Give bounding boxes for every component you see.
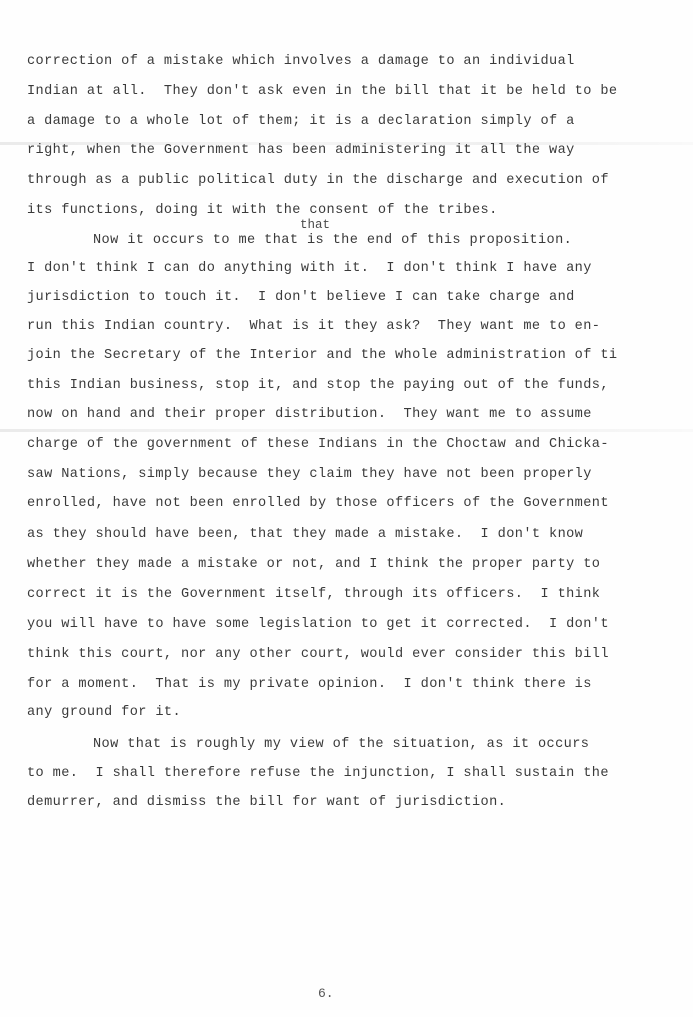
text-line: its functions, doing it with the consent… [27,203,498,219]
text-line: for a moment. That is my private opinion… [27,677,592,693]
text-line: think this court, nor any other court, w… [27,647,609,663]
text-line: this Indian business, stop it, and stop … [27,378,609,394]
text-line: saw Nations, simply because they claim t… [27,467,592,483]
text-line: a damage to a whole lot of them; it is a… [27,114,575,130]
interlinear-insertion: that [300,218,330,232]
paragraph-start-line: Now it occurs to me that is the end of t… [93,233,572,249]
text-line: correct it is the Government itself, thr… [27,587,600,603]
text-line: through as a public political duty in th… [27,173,609,189]
document-page: correction of a mistake which involves a… [0,0,693,1017]
scan-smudge [0,429,693,432]
text-line: I don't think I can do anything with it.… [27,261,592,277]
page-number: 6. [318,986,334,1001]
text-line: right, when the Government has been admi… [27,143,575,159]
text-line: jurisdiction to touch it. I don't believ… [27,290,575,306]
text-line: join the Secretary of the Interior and t… [27,348,617,364]
text-line: now on hand and their proper distributio… [27,407,592,423]
text-line: whether they made a mistake or not, and … [27,557,600,573]
text-line: enrolled, have not been enrolled by thos… [27,496,609,512]
text-line: to me. I shall therefore refuse the inju… [27,766,609,782]
text-line: any ground for it. [27,705,181,721]
text-line: charge of the government of these Indian… [27,437,609,453]
text-line: demurrer, and dismiss the bill for want … [27,795,506,811]
text-line: you will have to have some legislation t… [27,617,609,633]
text-line: run this Indian country. What is it they… [27,319,600,335]
paragraph-start-line: Now that is roughly my view of the situa… [93,737,589,753]
text-line: correction of a mistake which involves a… [27,54,575,70]
text-line: as they should have been, that they made… [27,527,583,543]
text-line: Indian at all. They don't ask even in th… [27,84,617,100]
